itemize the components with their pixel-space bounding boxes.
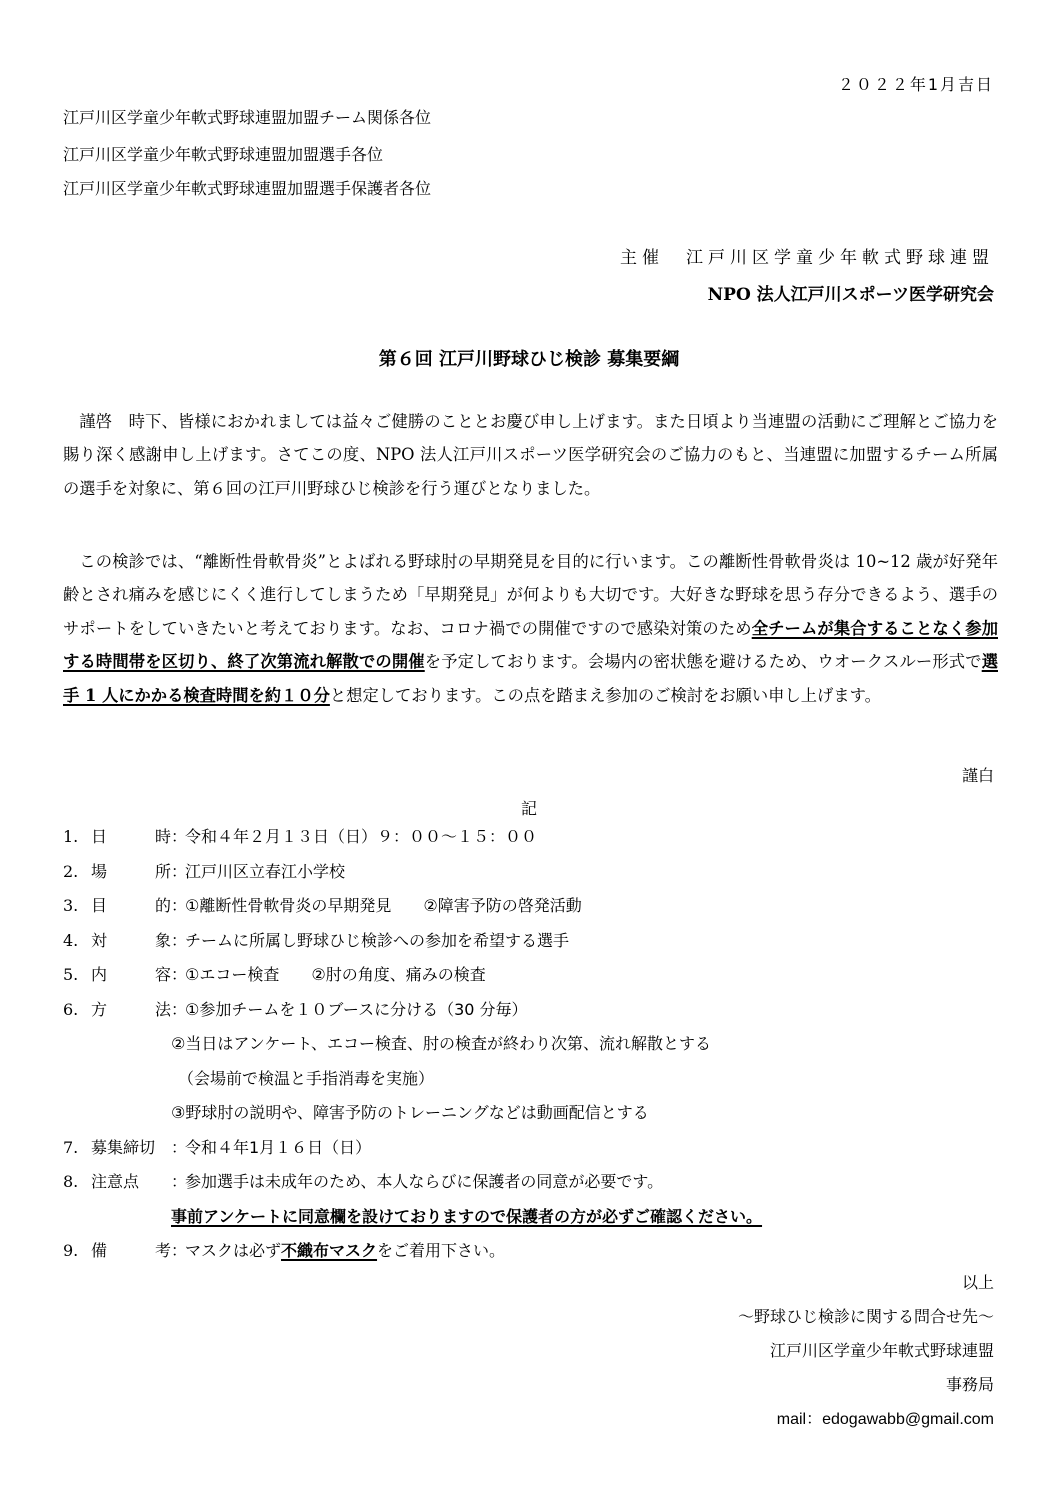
- purpose-text-b: を予定しております。会場内の密状態を避けるため、ウオークスルー形式で: [425, 652, 982, 671]
- contact-org: 江戸川区学童少年軟式野球連盟: [770, 1338, 994, 1361]
- ki-heading: 記: [0, 796, 1058, 819]
- item-number: 6.: [63, 993, 91, 1028]
- intro-paragraph: 謹啓 時下、皆様におかれましては益々ご健勝のこととお慶び申し上げます。また日頃よ…: [63, 405, 998, 505]
- method-line-3: （会場前で検温と手指消毒を実施）: [63, 1062, 762, 1097]
- item-value: マスクは必ず不織布マスクをご着用下さい。: [185, 1234, 505, 1269]
- item-number: 5.: [63, 958, 91, 993]
- document-title: 第６回 江戸川野球ひじ検診 募集要綱: [0, 345, 1058, 371]
- list-item-method: 6. 方法 ： ①参加チームを１０ブースに分ける（30 分毎）: [63, 993, 762, 1028]
- list-item-purpose: 3. 目的 ： ①離断性骨軟骨炎の早期発見 ②障害予防の啓発活動: [63, 889, 762, 924]
- end-mark: 以上: [962, 1270, 994, 1293]
- item-value: 令和４年1月１６日（日）: [185, 1131, 371, 1166]
- item-number: 3.: [63, 889, 91, 924]
- item-label: 募集締切: [91, 1131, 171, 1166]
- method-line-2: ②当日はアンケート、エコー検査、肘の検査が終わり次第、流れ解散とする: [63, 1027, 762, 1062]
- list-item-remarks: 9. 備考 ： マスクは必ず不織布マスクをご着用下さい。: [63, 1234, 762, 1269]
- addressee-teams: 江戸川区学童少年軟式野球連盟加盟チーム関係各位: [63, 105, 431, 128]
- issue-date: ２０２２年1月吉日: [838, 72, 994, 95]
- consent-highlight: 事前アンケートに同意欄を設けておりますので保護者の方が必ずご確認ください。: [171, 1200, 762, 1235]
- item-number: 9.: [63, 1234, 91, 1269]
- item-number: 8.: [63, 1165, 91, 1200]
- mask-highlight: 不織布マスク: [281, 1241, 377, 1260]
- purpose-text: この検診では、“離断性骨軟骨炎”とよばれる野球肘の早期発見を目的に行います。この…: [63, 545, 998, 712]
- contact-dept: 事務局: [946, 1372, 994, 1395]
- item-number: 4.: [63, 924, 91, 959]
- organizer: 主催 江戸川区学童少年軟式野球連盟: [620, 243, 994, 268]
- item-value: ①離断性骨軟骨炎の早期発見 ②障害予防の啓発活動: [185, 889, 582, 924]
- closing-word: 謹白: [962, 763, 994, 786]
- item-label: 対象: [91, 924, 171, 959]
- list-item-content: 5. 内容 ： ①エコー検査 ②肘の角度、痛みの検査: [63, 958, 762, 993]
- item-number: 1.: [63, 820, 91, 855]
- item-value: ①エコー検査 ②肘の角度、痛みの検査: [185, 958, 486, 993]
- item-label: 日時: [91, 820, 171, 855]
- list-item-notes: 8. 注意点 ： 参加選手は未成年のため、本人ならびに保護者の同意が必要です。: [63, 1165, 762, 1200]
- item-label: 注意点: [91, 1165, 171, 1200]
- method-line-4: ③野球肘の説明や、障害予防のトレーニングなどは動画配信とする: [63, 1096, 762, 1131]
- item-number: 7.: [63, 1131, 91, 1166]
- list-item-place: 2. 場所 ： 江戸川区立春江小学校: [63, 855, 762, 890]
- item-label: 内容: [91, 958, 171, 993]
- list-item-target: 4. 対象 ： チームに所属し野球ひじ検診への参加を希望する選手: [63, 924, 762, 959]
- list-item-deadline: 7. 募集締切 ： 令和４年1月１６日（日）: [63, 1131, 762, 1166]
- item-value: 江戸川区立春江小学校: [185, 855, 345, 890]
- item-number: 2.: [63, 855, 91, 890]
- co-organizer: NPO 法人江戸川スポーツ医学研究会: [708, 280, 994, 305]
- details-list: 1. 日時 ： 令和４年２月１３日（日）９：００～１５：００ 2. 場所 ： 江…: [63, 820, 762, 1269]
- addressee-players: 江戸川区学童少年軟式野球連盟加盟選手各位: [63, 142, 383, 165]
- purpose-paragraph: この検診では、“離断性骨軟骨炎”とよばれる野球肘の早期発見を目的に行います。この…: [63, 545, 998, 712]
- addressee-guardians: 江戸川区学童少年軟式野球連盟加盟選手保護者各位: [63, 176, 431, 199]
- notes-consent-line: 事前アンケートに同意欄を設けておりますので保護者の方が必ずご確認ください。: [63, 1200, 762, 1235]
- contact-email[interactable]: mail：edogawabb@gmail.com: [777, 1406, 994, 1429]
- contact-heading: ～野球ひじ検診に関する問合せ先～: [738, 1304, 994, 1327]
- greeting-text: 謹啓 時下、皆様におかれましては益々ご健勝のこととお慶び申し上げます。また日頃よ…: [63, 405, 998, 505]
- purpose-text-c: と想定しております。この点を踏まえ参加のご検討をお願い申し上げます。: [330, 686, 881, 705]
- item-value: チームに所属し野球ひじ検診への参加を希望する選手: [185, 924, 569, 959]
- item-value: 参加選手は未成年のため、本人ならびに保護者の同意が必要です。: [185, 1165, 663, 1200]
- item-value: 令和４年２月１３日（日）９：００～１５：００: [185, 820, 537, 855]
- item-label: 備考: [91, 1234, 171, 1269]
- item-value: ①参加チームを１０ブースに分ける（30 分毎）: [185, 993, 528, 1028]
- item-label: 場所: [91, 855, 171, 890]
- list-item-datetime: 1. 日時 ： 令和４年２月１３日（日）９：００～１５：００: [63, 820, 762, 855]
- item-label: 目的: [91, 889, 171, 924]
- item-label: 方法: [91, 993, 171, 1028]
